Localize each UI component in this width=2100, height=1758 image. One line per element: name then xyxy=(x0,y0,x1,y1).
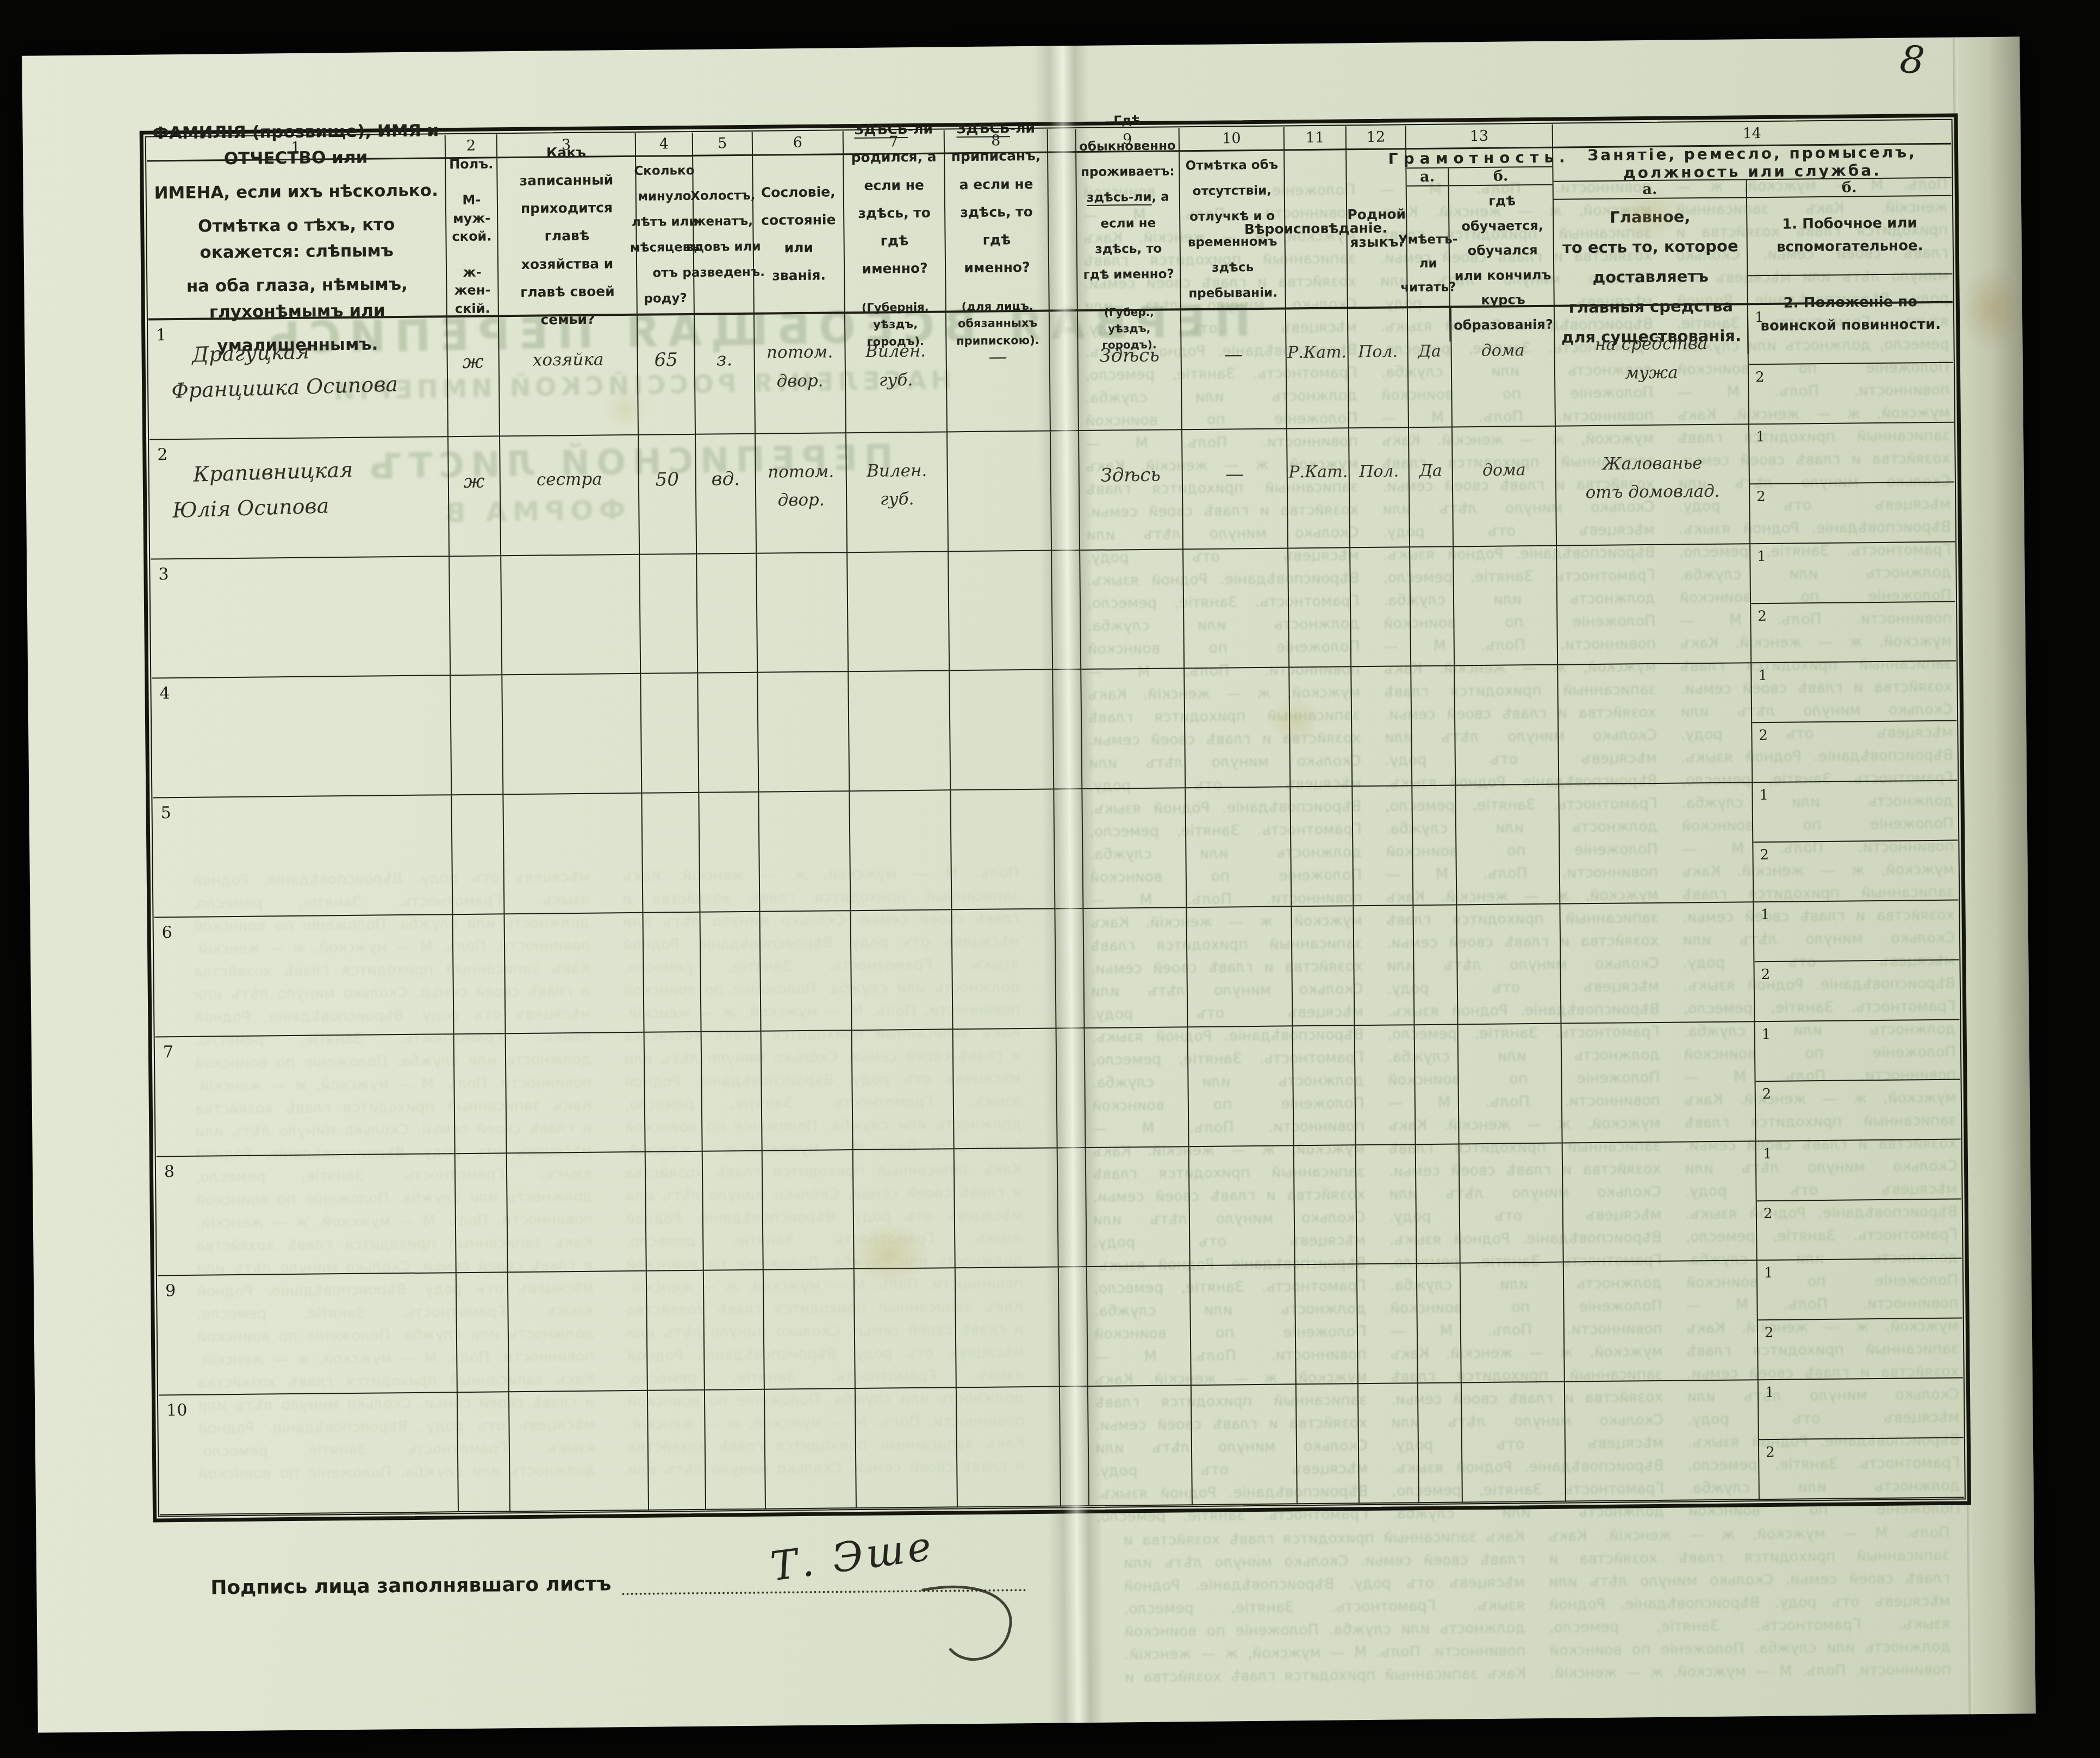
cell-sex xyxy=(454,1034,507,1154)
column-number-4: 4 xyxy=(636,133,693,157)
cell-name: 9 xyxy=(158,1274,458,1396)
entry-birthplace-line xyxy=(849,695,949,696)
entry-estate-line xyxy=(761,935,850,936)
page-fold-spacer xyxy=(1055,909,1085,1028)
side-occupation-sub-2: 2 xyxy=(1752,721,1957,782)
side-occupation-sub-1: 1 xyxy=(1759,1379,1964,1441)
cell-registration xyxy=(955,1148,1059,1269)
cell-religion xyxy=(1293,1026,1356,1146)
cell-can-read xyxy=(1418,1383,1463,1504)
header-line: то есть то, которое доставляетъ xyxy=(1557,231,1744,292)
cell-residence xyxy=(1082,788,1187,909)
sub-row-label-2: 2 xyxy=(1765,1325,1774,1341)
entry-estate-line xyxy=(759,815,849,816)
side-occupation-sub-1: 1 xyxy=(1758,1259,1962,1321)
cell-registration xyxy=(954,1028,1058,1149)
cell-religion xyxy=(1292,906,1355,1026)
cell-name: 10 xyxy=(159,1393,459,1515)
sub-row-label-1: 1 xyxy=(1757,548,1766,565)
cell-residence xyxy=(1088,1386,1193,1506)
sub-row-label-2: 2 xyxy=(1766,1444,1775,1461)
page-fold-spacer xyxy=(1057,1028,1086,1148)
cell-estate xyxy=(765,1389,857,1509)
sub-row-label-1: 1 xyxy=(1763,1145,1772,1162)
entry-occupation-line xyxy=(1564,1285,1756,1287)
cell-name: 3 xyxy=(151,557,451,679)
cell-marital-status xyxy=(697,553,758,674)
entry-birthplace-line xyxy=(853,1173,954,1174)
cell-marital-status xyxy=(698,673,759,793)
sub-column-label-a: а. xyxy=(1406,169,1449,186)
page-fold-spacer xyxy=(1052,551,1081,670)
signature-label: Подпись лица заполнявшаго листъ xyxy=(210,1573,612,1599)
cell-estate xyxy=(757,553,849,673)
header-line: Отмѣтка о тѣхъ, кто окажется: слѣпымъ xyxy=(153,211,440,266)
entry-occupation-line xyxy=(1557,568,1749,570)
side-occupation-sub-2: 2 xyxy=(1754,960,1959,1021)
cell-residence: Здѣсь xyxy=(1078,310,1182,431)
page-fold-spacer xyxy=(1050,311,1079,431)
cell-age: 65 xyxy=(638,315,696,435)
cell-marital-status xyxy=(704,1270,765,1391)
header-text: -ли родился, а если не здѣсь, то гдѣ име… xyxy=(851,121,936,277)
cell-absence-note xyxy=(1188,1026,1294,1147)
cell-birthplace xyxy=(848,552,950,672)
sub-column-label-b: б. xyxy=(1449,167,1552,185)
header-text: Гдѣ обыкновенно проживаетъ: xyxy=(1079,114,1176,179)
header-estate-column: Сословіе, состояніе или званія. xyxy=(753,155,845,315)
entry-estate-line xyxy=(765,1413,855,1414)
header-text: Холостъ, женатъ, вдовъ или разведенъ. xyxy=(682,183,765,286)
sub-row-label-1: 1 xyxy=(1755,309,1764,326)
cell-relation: сестра xyxy=(500,435,640,556)
entry-occupation-line xyxy=(1560,807,1752,808)
cell-religion xyxy=(1289,668,1353,788)
cell-age xyxy=(647,1271,705,1391)
entry-estate-line: двор. xyxy=(756,486,846,515)
cell-sex xyxy=(453,914,506,1034)
entry-birthplace-line xyxy=(852,1053,952,1055)
cell-registration: — xyxy=(946,312,1051,433)
cell-language xyxy=(1353,786,1413,906)
side-occupation-sub-1: 1 xyxy=(1749,422,1954,484)
entry-surname xyxy=(200,1166,450,1174)
cell-sex xyxy=(456,1154,508,1274)
cell-language xyxy=(1356,1145,1417,1265)
header-birthplace-column: ЗДѢСЬ-ли родился, а если не здѣсь, то гд… xyxy=(844,154,946,314)
cell-main-occupation xyxy=(1557,544,1752,665)
header-text: Какъ записанный приходится главѣ хозяйст… xyxy=(503,138,631,334)
entry-birthplace-line xyxy=(856,1412,956,1413)
handwritten-page-number: 8 xyxy=(1898,36,1927,83)
cell-main-occupation xyxy=(1563,1142,1758,1263)
cell-name: 1 Драгуцкая Францишка Осипова xyxy=(148,317,448,440)
cell-can-read xyxy=(1410,547,1455,667)
cell-registration xyxy=(957,1387,1061,1508)
entry-occupation-line: на средства xyxy=(1555,329,1747,359)
column-number-10: 10 xyxy=(1180,127,1285,152)
cell-can-read xyxy=(1416,1144,1461,1264)
cell-relation xyxy=(508,1271,648,1392)
entry-birthplace-line: Вилен. xyxy=(846,456,946,485)
cell-main-occupation xyxy=(1558,664,1753,785)
header-text: Родной языкъ. xyxy=(1347,200,1406,257)
entry-given-name xyxy=(181,1405,453,1413)
entry-given-name xyxy=(173,569,445,577)
cell-relation xyxy=(506,1033,646,1154)
entry-birthplace-line xyxy=(852,1053,952,1055)
entry-occupation-line xyxy=(1559,688,1751,689)
signature-row: Подпись лица заполнявшаго листъ Т. Эше xyxy=(210,1567,1026,1599)
entry-given-name xyxy=(177,1046,449,1055)
entry-occupation-line xyxy=(1565,1404,1758,1406)
cell-relation xyxy=(502,674,642,795)
cell-main-occupation xyxy=(1564,1261,1759,1382)
entry-estate-line xyxy=(764,1294,853,1295)
entry-birthplace-line xyxy=(850,815,950,816)
cell-religion xyxy=(1297,1384,1360,1504)
cell-language xyxy=(1355,1025,1416,1145)
entry-occupation-line xyxy=(1560,807,1752,808)
cell-name: 4 xyxy=(152,676,452,799)
cell-education xyxy=(1462,1382,1566,1503)
entry-occupation-line: Жалованье xyxy=(1556,448,1748,479)
entry-birthplace-line xyxy=(849,695,949,696)
bleedthrough-text-block: Полъ. М — мужской, ж — женскій. Какъ зап… xyxy=(1123,1522,1951,1704)
cell-sex: ж xyxy=(448,437,501,557)
cell-can-read xyxy=(1411,666,1456,787)
cell-education xyxy=(1456,785,1560,906)
cell-language xyxy=(1351,667,1412,787)
page-fold-spacer xyxy=(1051,431,1080,551)
entry-given-name xyxy=(174,688,446,696)
entry-estate-line xyxy=(762,1055,851,1056)
entry-occupation-line xyxy=(1563,1165,1755,1167)
occupation-group-title: Занятіе, ремесло, промыселъ, должность и… xyxy=(1553,145,1952,182)
page-fold-spacer xyxy=(1048,129,1076,153)
entry-given-name xyxy=(178,1166,450,1174)
cell-age xyxy=(640,554,698,674)
cell-absence-note xyxy=(1191,1265,1297,1386)
cell-birthplace xyxy=(852,1030,955,1150)
entry-occupation-line xyxy=(1561,926,1753,928)
cell-name: 2 Крапивницкая Юлія Осипова xyxy=(149,437,450,559)
cell-education xyxy=(1455,665,1559,786)
signature-flourish xyxy=(917,1578,1038,1677)
cell-estate xyxy=(760,911,852,1031)
header-line: Полъ. xyxy=(449,155,494,174)
sub-row-label-2: 2 xyxy=(1755,369,1765,385)
cell-relation: хозяйка xyxy=(499,316,639,437)
cell-main-occupation xyxy=(1560,902,1755,1024)
cell-education xyxy=(1460,1143,1564,1264)
cell-religion xyxy=(1288,548,1351,668)
cell-language xyxy=(1350,547,1411,668)
entry-estate-line xyxy=(758,696,848,697)
cell-can-read xyxy=(1417,1264,1462,1384)
cell-main-occupation: Жалованье отъ домовлад. xyxy=(1556,425,1750,546)
cell-relation xyxy=(507,1152,647,1273)
cell-sex xyxy=(457,1273,509,1393)
cell-side-occupation: 1 2 xyxy=(1759,1379,1964,1500)
column-number-6: 6 xyxy=(753,131,844,156)
side-occupation-sub-1: 1 xyxy=(1750,542,1955,604)
cell-side-occupation: 1 2 xyxy=(1750,542,1956,663)
column-number-5: 5 xyxy=(693,132,753,157)
page-fold-spacer xyxy=(1054,789,1083,909)
entry-estate-line xyxy=(764,1294,853,1295)
cell-absence-note: — xyxy=(1181,309,1287,430)
side-occupation-sub-2: 2 xyxy=(1751,602,1956,663)
cell-marital-status xyxy=(702,1032,763,1152)
header-side-occupation-1: 1. Побочное или вспомогательное. xyxy=(1747,196,1952,276)
cell-education: дома xyxy=(1453,426,1557,547)
sub-row-label-2: 2 xyxy=(1761,967,1771,983)
header-emphasis: здѣсь-ли xyxy=(1087,190,1152,205)
scanned-census-sheet: ПЕРВАЯ ВСЕОБЩАЯ ПЕРЕПИСЬ НАСЕЛЕНІЯ РОССІ… xyxy=(0,0,2100,1758)
header-registration-column: ЗДѢСЬ-ли приписанъ, а если не здѣсь, то … xyxy=(945,153,1050,313)
literacy-group-title: Грамотность. xyxy=(1406,148,1552,169)
cell-side-occupation: 1 2 xyxy=(1753,781,1958,902)
entry-surname xyxy=(203,1405,453,1413)
cell-sex xyxy=(458,1392,510,1512)
entry-surname xyxy=(195,569,445,576)
entry-estate-line xyxy=(763,1174,852,1175)
paper-sheet: ПЕРВАЯ ВСЕОБЩАЯ ПЕРЕПИСЬ НАСЕЛЕНІЯ РОССІ… xyxy=(22,36,2035,1732)
entry-birthplace-line xyxy=(848,576,948,577)
sub-column-label-a: а. xyxy=(1554,180,1747,198)
header-line: ФАМИЛІЯ (прозвище), ИМЯ и ОТЧЕСТВО или xyxy=(152,117,439,172)
cell-marital-status xyxy=(703,1151,764,1271)
cell-age xyxy=(642,793,700,913)
entry-surname xyxy=(199,1046,449,1054)
cell-relation xyxy=(503,794,643,914)
cell-residence xyxy=(1080,550,1185,670)
cell-age xyxy=(646,1151,704,1271)
page-fold-spacer xyxy=(1048,153,1078,311)
entry-occupation-line: отъ домовлад. xyxy=(1556,477,1749,508)
sub-row-label-1: 1 xyxy=(1765,1385,1774,1401)
census-grid: 1 2 3 4 5 6 7 8 9 10 11 12 13 14 ФАМИЛІЯ… xyxy=(147,121,1964,1516)
entry-birthplace-line xyxy=(851,934,951,935)
header-line: ж-жен-скій. xyxy=(452,263,493,318)
entry-given-name xyxy=(175,808,447,816)
cell-birthplace: Вилен. губ. xyxy=(846,432,949,553)
cell-language: Пол. xyxy=(1349,428,1410,548)
entry-birthplace-line xyxy=(856,1412,956,1413)
sub-row-label-1: 1 xyxy=(1762,1026,1771,1043)
side-occupation-sub-2: 2 xyxy=(1759,1438,1964,1499)
entry-birthplace-line: губ. xyxy=(847,485,947,514)
cell-side-occupation: 1 2 xyxy=(1756,1139,1962,1261)
side-occupation-sub-2: 2 xyxy=(1758,1319,1963,1380)
sub-row-label-1: 1 xyxy=(1756,429,1765,445)
cell-name: 6 xyxy=(154,915,454,1037)
cell-marital-status xyxy=(699,793,760,913)
page-fold-spacer xyxy=(1053,670,1082,789)
entry-occupation-line xyxy=(1565,1404,1758,1406)
entry-birthplace-line: губ. xyxy=(846,365,946,395)
cell-estate: потом. двор. xyxy=(755,314,846,434)
cell-religion xyxy=(1291,787,1354,907)
page-fold-spacer xyxy=(1059,1267,1088,1387)
cell-sex: ж xyxy=(447,317,500,437)
side-occupation-sub-2: 2 xyxy=(1753,841,1958,902)
side-occupation-sub-1: 1 xyxy=(1756,1139,1961,1201)
cell-age xyxy=(643,913,701,1033)
header-emphasis: ЗДѢСЬ xyxy=(854,121,908,138)
cell-sex xyxy=(452,795,504,915)
header-text: -ли приписанъ, а если не здѣсь, то гдѣ и… xyxy=(951,120,1041,276)
entry-occupation-line xyxy=(1564,1285,1756,1287)
entry-surname xyxy=(198,927,448,935)
header-line: М-муж-ской. xyxy=(452,191,492,246)
cell-education xyxy=(1454,546,1558,666)
cell-birthplace xyxy=(853,1149,956,1270)
column-number-11: 11 xyxy=(1285,126,1347,151)
page-fold-spacer xyxy=(1058,1148,1087,1268)
entry-occupation-line: мужа xyxy=(1555,358,1748,388)
header-text: Сословіе, состояніе или званія. xyxy=(759,178,839,290)
entry-surname xyxy=(201,1286,451,1293)
header-relation-column: Какъ записанный приходится главѣ хозяйст… xyxy=(497,157,638,317)
entry-occupation-line xyxy=(1561,926,1753,928)
side-occupation-sub-1: 1 xyxy=(1755,1020,1960,1082)
cell-registration xyxy=(951,790,1055,911)
cell-marital-status: вд. xyxy=(696,434,757,554)
header-line: Главное, xyxy=(1610,202,1691,233)
header-line: ИМЕНА, если ихъ нѣсколько. xyxy=(154,177,438,206)
cell-absence-note xyxy=(1192,1385,1298,1506)
sub-row-label-1: 1 xyxy=(1760,907,1769,923)
entry-birthplace-line xyxy=(848,576,948,577)
cell-residence xyxy=(1085,1027,1189,1148)
header-literacy-group: Грамотность. а. б. Умѣетъ-ли читать? гдѣ… xyxy=(1406,148,1555,309)
cell-estate: потом. двор. xyxy=(756,433,848,553)
header-occupation-group: Занятіе, ремесло, промыселъ, должность и… xyxy=(1553,145,1953,307)
entry-birthplace-line xyxy=(850,815,950,816)
cell-residence: Здѣсь xyxy=(1079,430,1183,551)
entry-surname xyxy=(197,808,447,815)
side-occupation-sub-1: 1 xyxy=(1752,662,1956,724)
cell-language: Пол. xyxy=(1348,308,1409,428)
side-occupation-sub-2: 2 xyxy=(1757,1199,1962,1260)
header-emphasis: ЗДѢСЬ xyxy=(956,120,1010,136)
cell-main-occupation: на средства мужа xyxy=(1555,305,1749,426)
entry-estate-line: потом. xyxy=(756,457,845,487)
cell-registration xyxy=(956,1268,1060,1388)
header-name-column: ФАМИЛІЯ (прозвище), ИМЯ и ОТЧЕСТВО или И… xyxy=(147,159,447,320)
cell-sex xyxy=(450,556,502,676)
cell-relation xyxy=(509,1391,649,1512)
paper-stain xyxy=(1959,265,2026,352)
cell-residence xyxy=(1086,1147,1191,1268)
entry-given-name xyxy=(179,1286,451,1294)
cell-estate xyxy=(764,1270,856,1390)
cell-language xyxy=(1359,1383,1419,1504)
cell-can-read: Да xyxy=(1409,427,1454,547)
entry-birthplace-line xyxy=(851,934,951,935)
entry-estate-line xyxy=(758,696,848,697)
header-sex-column: Полъ. М-муж-ской. ж-жен-скій. xyxy=(446,158,499,317)
cell-language xyxy=(1357,1264,1418,1385)
cell-birthplace xyxy=(855,1269,957,1389)
header-religion-column: Вѣроисповѣданіе. xyxy=(1285,150,1348,309)
entry-birthplace-line xyxy=(855,1293,955,1294)
cell-education xyxy=(1461,1263,1565,1383)
entry-estate-line xyxy=(763,1174,852,1175)
cell-religion xyxy=(1294,1145,1357,1265)
cell-registration xyxy=(949,551,1053,671)
cell-name: 5 xyxy=(153,795,453,918)
side-occupation-sub-1: 1 xyxy=(1748,303,1953,365)
cell-can-read: Да xyxy=(1408,308,1453,428)
cell-side-occupation: 1 2 xyxy=(1749,422,1955,544)
cell-estate xyxy=(758,672,850,793)
entry-estate-line xyxy=(761,935,850,936)
side-occupation-sub-1: 1 xyxy=(1753,781,1958,843)
sub-row-label-2: 2 xyxy=(1759,727,1768,744)
census-table: 1 2 3 4 5 6 7 8 9 10 11 12 13 14 ФАМИЛІЯ… xyxy=(140,114,1971,1523)
cell-estate xyxy=(763,1150,855,1270)
cell-registration xyxy=(950,670,1054,791)
cell-marital-status xyxy=(700,912,761,1032)
cell-estate xyxy=(762,1031,853,1151)
entry-estate-line xyxy=(759,815,849,816)
entry-occupation-line xyxy=(1562,1046,1754,1048)
cell-age: 50 xyxy=(639,435,697,555)
cell-religion xyxy=(1295,1265,1359,1385)
sub-row-label-2: 2 xyxy=(1758,608,1767,624)
entry-estate-line xyxy=(757,577,847,578)
cell-can-read xyxy=(1415,1025,1460,1145)
cell-residence xyxy=(1083,908,1188,1028)
entry-estate-line xyxy=(757,577,847,578)
sub-row-label-1: 1 xyxy=(1764,1265,1773,1281)
cell-main-occupation xyxy=(1559,783,1754,904)
cell-religion: Р.Кат. xyxy=(1287,428,1350,548)
cell-language xyxy=(1354,906,1414,1026)
cell-marital-status xyxy=(705,1390,766,1510)
sub-row-label-1: 1 xyxy=(1758,668,1767,684)
page-fold-spacer xyxy=(1060,1387,1089,1506)
cell-absence-note xyxy=(1187,907,1293,1027)
cell-birthplace xyxy=(850,791,952,912)
entry-surname xyxy=(196,688,446,696)
cell-education xyxy=(1459,1024,1563,1144)
sub-row-label-2: 2 xyxy=(1763,1205,1773,1221)
cell-absence-note xyxy=(1189,1146,1295,1267)
entry-occupation-line xyxy=(1562,1046,1754,1048)
entry-birthplace-line xyxy=(855,1293,955,1294)
header-residence-column: Гдѣ обыкновенно проживаетъ: здѣсь-ли, а … xyxy=(1076,152,1181,311)
cell-absence-note xyxy=(1183,548,1289,669)
cell-registration xyxy=(952,909,1056,1030)
cell-can-read xyxy=(1413,905,1458,1025)
cell-side-occupation: 1 2 xyxy=(1752,662,1957,783)
cell-age xyxy=(641,674,699,794)
cell-birthplace: Вилен. губ. xyxy=(845,313,948,433)
column-number-13: 13 xyxy=(1406,124,1553,150)
cell-registration xyxy=(948,431,1052,552)
entry-estate-line xyxy=(762,1055,851,1056)
cell-age xyxy=(648,1391,706,1511)
cell-name: 8 xyxy=(157,1154,457,1276)
side-occupation-sub-2: 2 xyxy=(1750,482,1955,543)
entry-estate-line: двор. xyxy=(755,366,845,396)
cell-age xyxy=(645,1032,703,1152)
cell-sex xyxy=(451,676,503,796)
